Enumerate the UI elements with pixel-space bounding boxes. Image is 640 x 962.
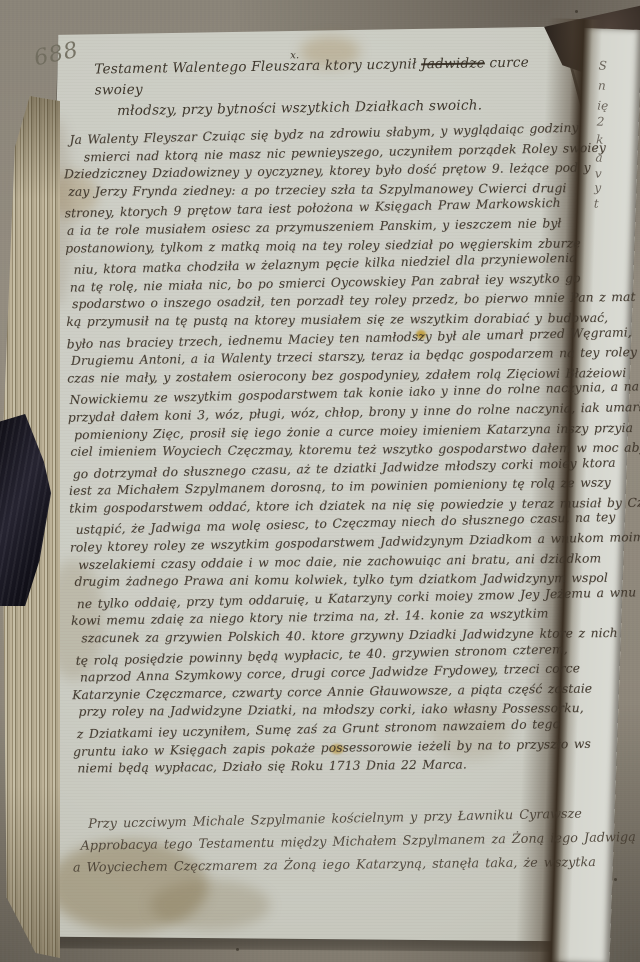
edge-glyph: ię (597, 99, 608, 113)
speck (575, 10, 578, 13)
struck-word: Jadwidze (421, 55, 485, 72)
manuscript-line: niemi będą wypłacac, Działo się Roku 171… (77, 755, 578, 779)
edge-glyph: v (595, 166, 602, 180)
heading: x. Testament Walentego Fleuszara ktory u… (94, 52, 568, 122)
speck (614, 878, 617, 881)
edge-glyph: y (594, 180, 601, 194)
manuscript-text: x. Testament Walentego Fleuszara ktory u… (60, 38, 580, 881)
insertion-mark: x. (290, 45, 300, 66)
edge-glyph: 2 (597, 115, 605, 129)
approbation-paragraph: Przy uczciwym Michale Szpylmanie kościel… (72, 804, 580, 881)
photo-of-manuscript: { "photo": { "description": "Photograph … (0, 0, 640, 962)
heading-line-2: młodszy, przy bytności wszytkich Działka… (117, 94, 568, 122)
heading-line-1: Testament Walentego Fleuszara ktory uczy… (94, 55, 529, 99)
edge-glyph: t (594, 196, 599, 210)
edge-glyph: S (598, 59, 607, 73)
edge-glyph: n (598, 79, 606, 93)
testament-body: Ja Walenty Fleyszar Czuiąc się bydz na z… (61, 121, 578, 780)
